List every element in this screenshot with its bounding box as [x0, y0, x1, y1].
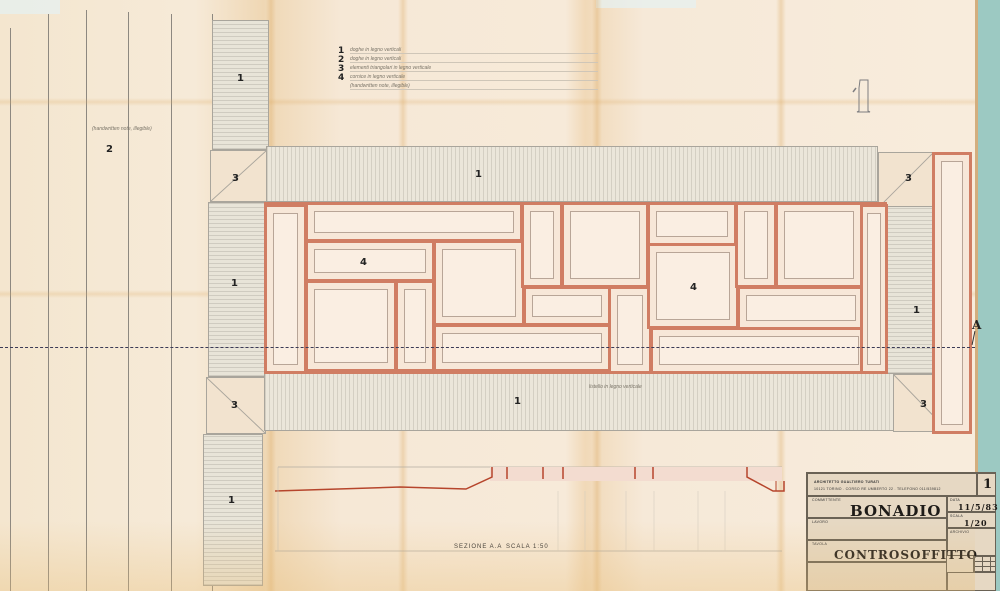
- section-marker: A: [972, 318, 981, 332]
- tb-lavoro: LAVORO: [807, 518, 947, 540]
- ceiling-panel: [737, 286, 865, 330]
- drawing-title: CONTROSOFFITTO: [834, 548, 978, 562]
- ceiling-panel-4-left: 4: [305, 240, 435, 282]
- ceiling-panel: [521, 202, 563, 288]
- strip-note: (handwritten note, illegible): [92, 126, 152, 132]
- tb-data: DATA 11/5/83: [947, 496, 996, 512]
- section-axis-line: [0, 347, 975, 348]
- tb-header: ARCHITETTO GUALTIERO TURATI 10121 TORINO…: [807, 473, 977, 496]
- corner-panel-3-tl: 3: [210, 150, 267, 202]
- band-1-top: 1: [266, 146, 878, 202]
- sheet-mark-icon: [852, 78, 872, 114]
- architect-name: ARCHITETTO GUALTIERO TURATI: [814, 480, 879, 484]
- tape-top-right: [596, 0, 696, 8]
- panel-1-bottom-left: 1: [203, 434, 263, 586]
- ceiling-panel: [305, 202, 523, 242]
- legend-row: 3elementi triangolari in legno verticale: [338, 64, 598, 73]
- ceiling-panel: [523, 286, 611, 326]
- ceiling-panel: [608, 286, 652, 374]
- scale-value: 1/20: [964, 518, 988, 528]
- tb-tavola: TAVOLA CONTROSOFFITTO: [807, 540, 947, 562]
- ceiling-panel: [433, 240, 525, 326]
- section-scale: SCALA 1:50: [506, 544, 549, 550]
- title-block: ARCHITETTO GUALTIERO TURATI 10121 TORINO…: [806, 472, 996, 591]
- tb-footer-right: [947, 572, 996, 591]
- section-title: SEZIONE A.A: [454, 544, 502, 550]
- tb-footer: [807, 562, 947, 591]
- panel-1-top-left: 1: [212, 20, 269, 150]
- zone-label-2: 2: [106, 144, 113, 155]
- ceiling-panel: [305, 280, 397, 372]
- legend-row: 4cornice in legno verticale: [338, 73, 598, 82]
- drawing-sheet: (handwritten note, illegible) 2 1doghe i…: [0, 0, 978, 591]
- panel-1-left-middle: 1: [208, 202, 266, 377]
- fold: [0, 98, 975, 106]
- ceiling-panel: [264, 204, 307, 374]
- ceiling-panel-right-column: [932, 152, 972, 434]
- legend-row: (handwritten note, illegible): [338, 82, 598, 91]
- ceiling-panel: [735, 202, 777, 288]
- ceiling-panel: [433, 324, 611, 372]
- tb-grid: [973, 556, 996, 572]
- legend-row: 2doghe in legno verticali: [338, 55, 598, 64]
- legend: 1doghe in legno verticali 2doghe in legn…: [338, 46, 598, 91]
- section-drawing: [270, 455, 790, 555]
- tb-sheet: 1: [977, 473, 996, 496]
- date-value: 11/5/83: [958, 502, 999, 512]
- corner-panel-3-bl: 3: [206, 377, 266, 434]
- tape-top-left: [0, 0, 60, 14]
- ceiling-panel: [860, 204, 888, 374]
- ceiling-panel: [647, 202, 737, 246]
- ceiling-panel-4-right: 4: [647, 243, 739, 329]
- band-1-bottom: 1 listello in legno verticale: [264, 373, 896, 431]
- architect-address: 10121 TORINO . CORSO RE UMBERTO 22 . TEL…: [814, 487, 941, 491]
- tb-scala: SCALA 1/20: [947, 512, 996, 528]
- ceiling-panel: [650, 327, 868, 374]
- ceiling-panel: [561, 202, 649, 288]
- section-marker-arrow: [972, 331, 976, 345]
- ceiling-panel: [775, 202, 863, 288]
- strip-line: [10, 28, 11, 591]
- corner-panel-3-tr: 3: [878, 152, 934, 208]
- legend-row: 1doghe in legno verticali: [338, 46, 598, 55]
- panel-1-right-middle: 1: [884, 206, 936, 374]
- ceiling-panel: [395, 280, 435, 372]
- tb-committente: COMMITTENTE BONADIO: [807, 496, 947, 518]
- sheet-number: 1: [983, 477, 993, 492]
